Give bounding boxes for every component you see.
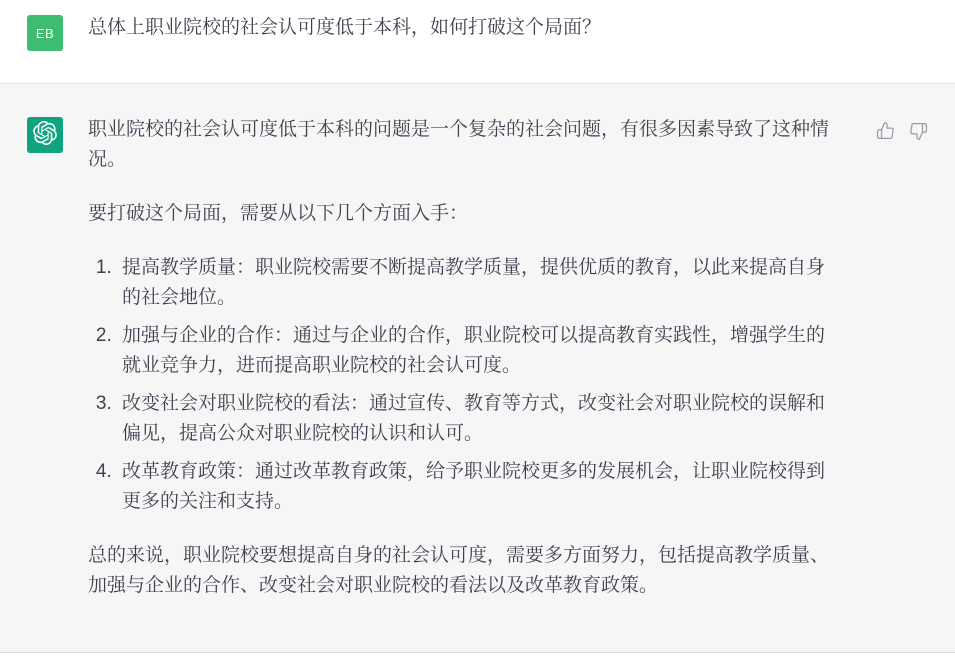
- assistant-paragraph-conclusion: 总的来说，职业院校要想提高自身的社会认可度，需要多方面努力，包括提高教学质量、加…: [88, 541, 836, 601]
- feedback-actions: [876, 115, 928, 141]
- assistant-paragraph-intro: 职业院校的社会认可度低于本科的问题是一个复杂的社会问题，有很多因素导致了这种情况…: [88, 115, 836, 175]
- thumbs-up-icon: [876, 128, 895, 143]
- assistant-message-text: 职业院校的社会认可度低于本科的问题是一个复杂的社会问题，有很多因素导致了这种情况…: [88, 115, 836, 601]
- user-message-row: EB 总体上职业院校的社会认可度低于本科，如何打破这个局面？: [0, 0, 955, 83]
- list-item: 提高教学质量：职业院校需要不断提高教学质量，提供优质的教育，以此来提高自身的社会…: [117, 253, 836, 313]
- list-item: 改革教育政策：通过改革教育政策，给予职业院校更多的发展机会，让职业院校得到更多的…: [117, 457, 836, 517]
- assistant-paragraph-lead-in: 要打破这个局面，需要从以下几个方面入手：: [88, 199, 836, 229]
- thumbs-up-button[interactable]: [876, 119, 895, 141]
- user-avatar: EB: [27, 15, 63, 51]
- chat-thread: EB 总体上职业院校的社会认可度低于本科，如何打破这个局面？ 职业院校的社会认可…: [0, 0, 955, 653]
- assistant-message-row: 职业院校的社会认可度低于本科的问题是一个复杂的社会问题，有很多因素导致了这种情况…: [0, 83, 955, 653]
- openai-logo-icon: [33, 121, 57, 150]
- thumbs-down-icon: [909, 129, 928, 144]
- assistant-avatar: [27, 117, 63, 153]
- user-message-text: 总体上职业院校的社会认可度低于本科，如何打破这个局面？: [88, 13, 836, 43]
- list-item: 加强与企业的合作：通过与企业的合作，职业院校可以提高教育实践性，增强学生的就业竞…: [117, 321, 836, 381]
- assistant-numbered-list: 提高教学质量：职业院校需要不断提高教学质量，提供优质的教育，以此来提高自身的社会…: [88, 253, 836, 517]
- thumbs-down-button[interactable]: [909, 122, 928, 141]
- list-item: 改变社会对职业院校的看法：通过宣传、教育等方式，改变社会对职业院校的误解和偏见，…: [117, 389, 836, 449]
